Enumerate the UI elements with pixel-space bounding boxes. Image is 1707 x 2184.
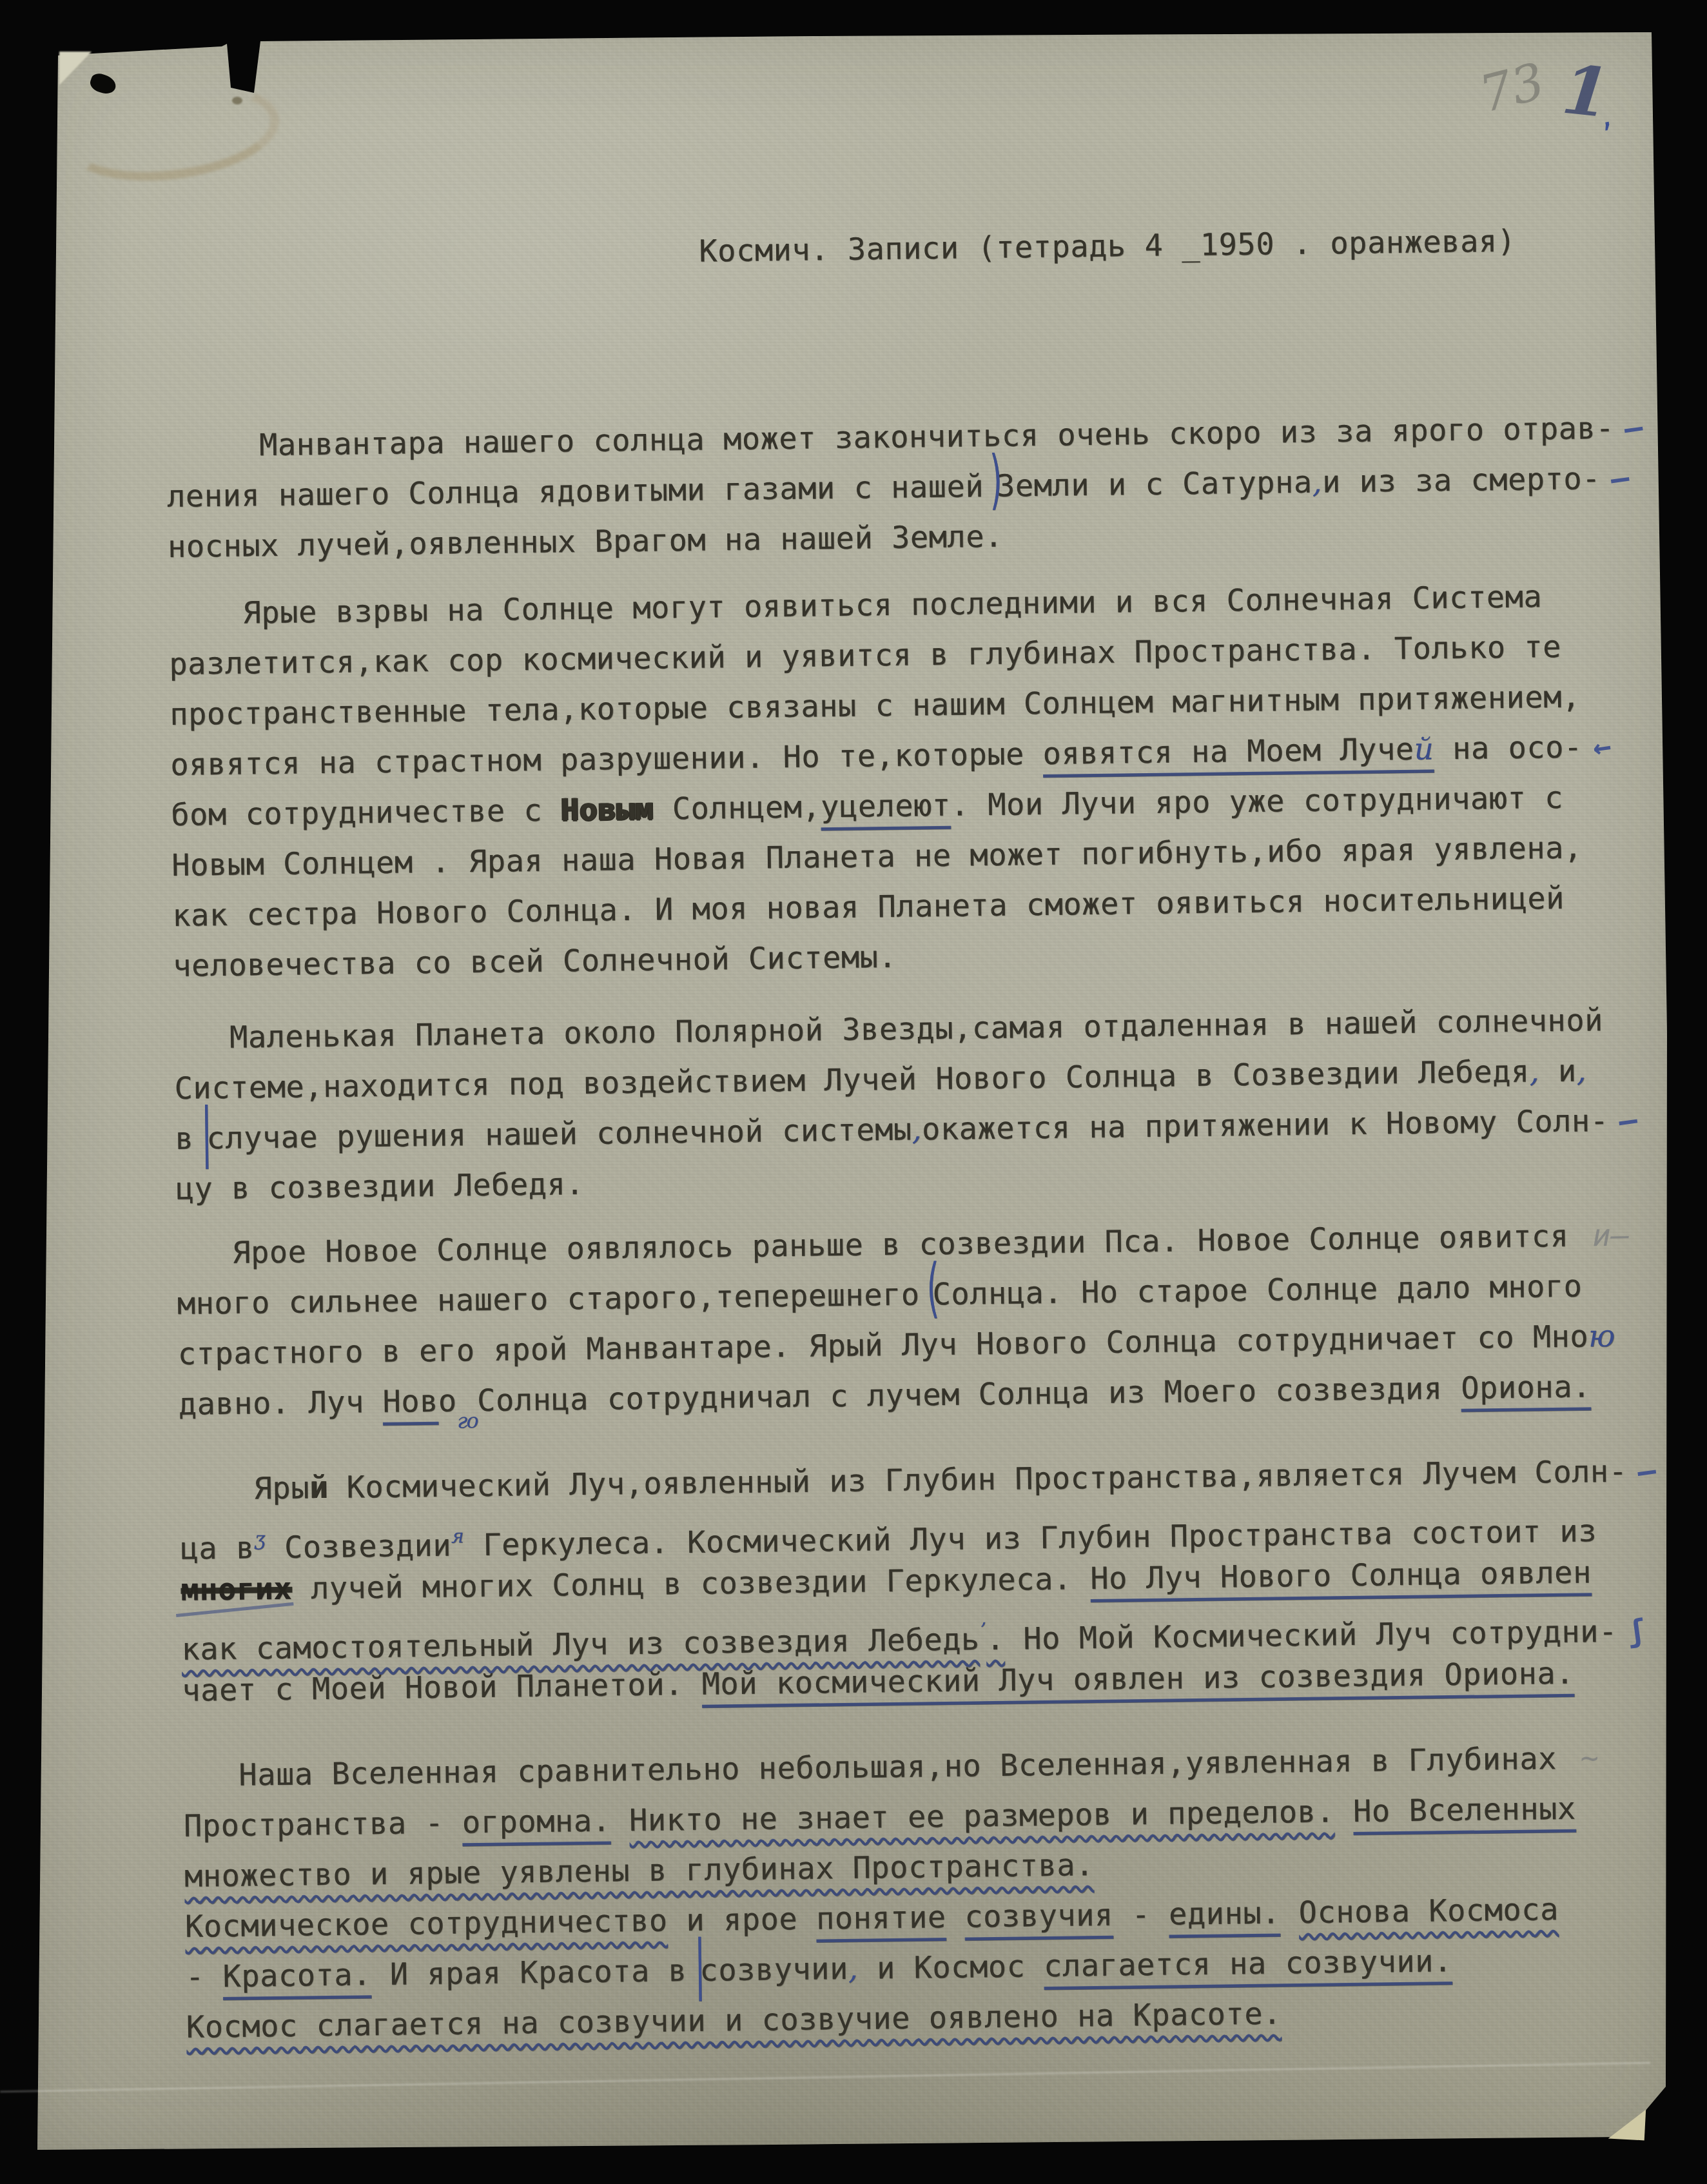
paragraph: Маленькая Планета около Полярной Звезды,… bbox=[173, 995, 1659, 1215]
typed-text: Солнцем, bbox=[654, 789, 821, 827]
pen-underlined-text: Космическое сотрудничество bbox=[185, 1903, 668, 1944]
pen-underlined-text: Космос слагается на созвучии и созвучие … bbox=[186, 1996, 1282, 2045]
pen-underlined-text: Нов bbox=[382, 1384, 438, 1420]
pen-underlined-text: множество и ярые уявлены в глубинах Прос… bbox=[184, 1847, 1095, 1894]
pen-underlined-text: понятие bbox=[816, 1900, 946, 1937]
typed-text: . Мои Лучи яро уже сотрудничают с bbox=[950, 780, 1563, 823]
pen-underlined-text: . bbox=[986, 1622, 1004, 1657]
pen-underlined-text: Но Вселенных bbox=[1353, 1791, 1576, 1829]
typed-text: окажется на притяжении к Новому Солн- bbox=[922, 1103, 1609, 1147]
handwritten-annotation: ʒ bbox=[254, 1528, 266, 1550]
typed-text: лучей многих Солнц в созвездии Геркулеса… bbox=[292, 1561, 1091, 1607]
pen-margin-mark: — bbox=[1634, 1446, 1659, 1498]
typed-text: ца в bbox=[180, 1530, 255, 1566]
handwritten-annotation: , bbox=[912, 1112, 922, 1147]
typed-text: бом сотрудничестве с bbox=[171, 792, 561, 833]
typed-text: Созвездии bbox=[266, 1528, 452, 1566]
typed-text: и bbox=[1539, 1054, 1577, 1090]
handwritten-annotation: , bbox=[1312, 464, 1322, 500]
typed-text-block: Космич. Записи (тетрадь 4 _1950 . оранже… bbox=[162, 114, 1670, 2154]
typed-text: носных лучей,оявленных Врагом на нашей З… bbox=[168, 519, 1003, 565]
typed-text: И ярая Красота в bbox=[371, 1953, 687, 1992]
typed-text: созвучии bbox=[699, 1951, 848, 1989]
typed-text: - bbox=[186, 1959, 223, 1995]
pen-underlined-text: Никто не знает ее размеров и пределов. bbox=[629, 1794, 1335, 1838]
typed-text: Системе,находится под воздействием Лучей… bbox=[174, 1054, 1530, 1106]
typed-text bbox=[1334, 1794, 1353, 1829]
struck-word: многих bbox=[180, 1571, 292, 1608]
overtyped-word: Новым bbox=[561, 792, 654, 829]
typed-text bbox=[1280, 1895, 1299, 1931]
pen-underlined-text: слагается на созвучии. bbox=[1044, 1943, 1452, 1984]
handwritten-annotation: ю bbox=[1588, 1319, 1616, 1355]
pen-underlined-text: едины. bbox=[1169, 1895, 1280, 1932]
typed-text: ления нашего Солнца ядовитыми газами с н… bbox=[167, 469, 984, 515]
pen-underlined-text: Красота. bbox=[222, 1957, 371, 1994]
typed-text bbox=[610, 1803, 629, 1838]
typed-text: Космический Луч,оявленный из Глубин Прос… bbox=[327, 1454, 1627, 1506]
typed-text: случае рушения нашей солнечной системы bbox=[206, 1112, 912, 1157]
scanner-background: 73 1 , Космич. Записи (тетрадь 4 _1950 .… bbox=[0, 0, 1707, 2184]
pen-underlined-text: уцелеют bbox=[821, 788, 951, 825]
pen-margin-mark: — bbox=[1608, 453, 1633, 505]
pen-margin-mark: — bbox=[1621, 402, 1646, 455]
handwritten-annotation: я bbox=[451, 1525, 465, 1548]
typed-text: Пространства - bbox=[184, 1805, 463, 1844]
typed-text: на осо- bbox=[1434, 729, 1583, 767]
typed-text: чает с Моей Новой Планетой. bbox=[182, 1667, 702, 1709]
pen-underlined-text: Но Луч Нового Солнца оявлен bbox=[1090, 1555, 1592, 1597]
page-title: Космич. Записи (тетрадь 4 _1950 . оранже… bbox=[699, 215, 1647, 277]
paragraph: Ярый Космический Луч,оявленный из Глубин… bbox=[179, 1446, 1665, 1717]
typed-text: Солнца сотрудничал с лучем Солнца из Мое… bbox=[477, 1371, 1461, 1419]
typed-text: давно. Луч bbox=[178, 1384, 382, 1422]
pen-underlined-text: Основа Космоса bbox=[1298, 1892, 1559, 1931]
pencil-mark: и— bbox=[1592, 1218, 1630, 1254]
pen-underlined-text: созвучия bbox=[964, 1898, 1113, 1935]
typed-text: человечества со всей Солнечной Системы. bbox=[173, 940, 897, 984]
pen-underlined-text: Мой космический Луч оявлен из созвездия … bbox=[701, 1656, 1574, 1702]
handwritten-annotation: , bbox=[848, 1951, 858, 1987]
pencil-number: 73 bbox=[1474, 52, 1550, 124]
typed-text: Солнца. Но старое Солнце дало много bbox=[932, 1268, 1582, 1312]
pen-underlined-text: огромна. bbox=[462, 1803, 611, 1840]
text-body: Манвантара нашего солнца может закончить… bbox=[166, 403, 1670, 2053]
typed-text: Наша Вселенная сравнительно небольшая,но… bbox=[183, 1741, 1575, 1794]
pen-margin-mark: ← bbox=[1590, 721, 1615, 773]
typed-text: в bbox=[175, 1121, 193, 1157]
stain-spot bbox=[232, 97, 242, 104]
typed-text: Ярые взрвы на Солнце могут оявиться посл… bbox=[168, 579, 1542, 632]
paragraph: Манвантара нашего солнца может закончить… bbox=[166, 403, 1651, 573]
typed-text: й bbox=[309, 1470, 328, 1506]
pencil-mark: ~ bbox=[1580, 1740, 1599, 1776]
typed-text: и Космос bbox=[858, 1949, 1044, 1987]
typed-text: много сильнее нашего старого,теперешнего bbox=[177, 1277, 919, 1321]
paragraph: Наша Вселенная сравнительно небольшая,но… bbox=[183, 1733, 1670, 2053]
typed-text: о bbox=[438, 1383, 457, 1419]
typed-text: разлетится,как сор космический и уявится… bbox=[169, 629, 1561, 682]
handwritten-annotation: й bbox=[1414, 731, 1434, 767]
handwritten-annotation: го bbox=[457, 1408, 478, 1433]
pen-underlined-text: оявятся на Моем Луче bbox=[1042, 732, 1414, 772]
handwritten-annotation: , bbox=[1576, 1053, 1586, 1088]
handwritten-annotation: , bbox=[1529, 1054, 1539, 1089]
typed-text: как сестра Нового Солнца. И моя новая Пл… bbox=[172, 881, 1565, 934]
typed-text bbox=[946, 1900, 964, 1935]
typed-text: и из за смерто- bbox=[1322, 461, 1601, 500]
paragraph: Ярые взрвы на Солнце могут оявиться посл… bbox=[168, 571, 1656, 992]
typed-text: оявятся на страстном разрушении. Но те,к… bbox=[170, 736, 1043, 783]
typed-text: Яры bbox=[179, 1470, 309, 1508]
pen-underlined-text: Ориона. bbox=[1461, 1369, 1591, 1406]
typed-text: - bbox=[1113, 1897, 1169, 1933]
typed-text: цу в созвездии Лебедя. bbox=[175, 1166, 584, 1207]
pen-margin-mark: — bbox=[1615, 1095, 1641, 1147]
typed-text: Земли и с Сатурна bbox=[997, 465, 1312, 504]
folded-corner-top-left bbox=[59, 52, 92, 85]
paragraph: Ярое Новое Солнце оявлялось раньше в соз… bbox=[176, 1210, 1661, 1430]
